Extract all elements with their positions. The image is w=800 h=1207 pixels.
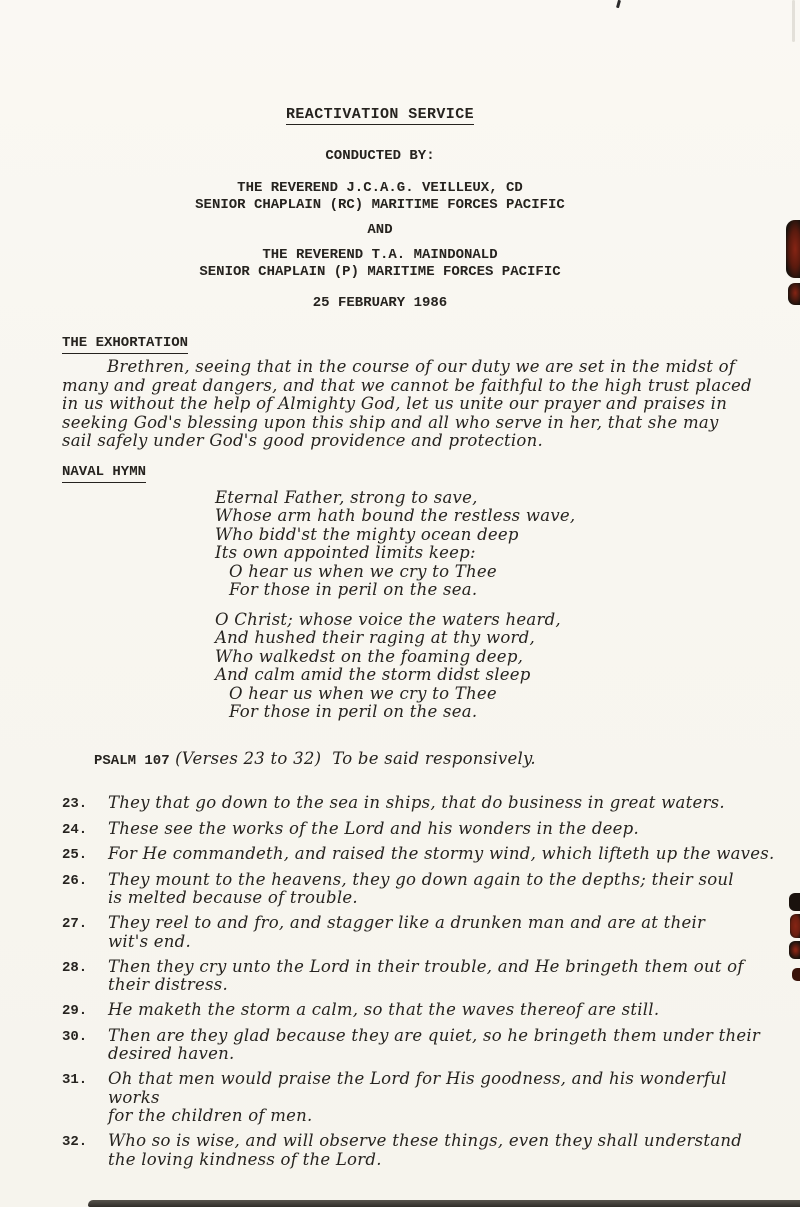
binding-mark-lower-fragment-3	[789, 941, 800, 959]
psalm-verse-text: Oh that men would praise the Lord for Hi…	[108, 1070, 780, 1126]
scanned-service-program-page: REACTIVATION SERVICE CONDUCTED BY: THE R…	[0, 0, 800, 1207]
psalm-verse: 26. They mount to the heavens, they go d…	[62, 871, 764, 908]
psalm-verse: 31. Oh that men would praise the Lord fo…	[62, 1070, 764, 1126]
psalm-verse: 30. Then are they glad because they are …	[62, 1027, 764, 1064]
psalm-verse-text: Who so is wise, and will observe these t…	[108, 1132, 742, 1169]
conducted-by-label: CONDUCTED BY:	[0, 148, 760, 165]
hymn-verse-1: Eternal Father, strong to save, Whose ar…	[215, 489, 764, 600]
psalm-verse-text: They reel to and fro, and stagger like a…	[108, 914, 705, 951]
psalm-verse: 23. They that go down to the sea in ship…	[62, 794, 764, 813]
naval-hymn-heading: NAVAL HYMN	[62, 464, 146, 483]
binding-mark-lower-fragment-4	[792, 968, 800, 981]
psalm-verse-text: For He commandeth, and raised the stormy…	[108, 845, 774, 864]
hymn-verses: Eternal Father, strong to save, Whose ar…	[215, 489, 764, 722]
psalm-verse: 29. He maketh the storm a calm, so that …	[62, 1001, 764, 1020]
hymn-refrain-line: For those in peril on the sea.	[215, 703, 764, 722]
psalm-verse: 24. These see the works of the Lord and …	[62, 820, 764, 839]
chaplain2-block: THE REVEREND T.A. MAINDONALD SENIOR CHAP…	[0, 247, 760, 281]
psalm-verse-list: 23. They that go down to the sea in ship…	[62, 794, 764, 1169]
service-header: REACTIVATION SERVICE CONDUCTED BY: THE R…	[0, 0, 760, 312]
psalm-verse-number: 27.	[62, 914, 108, 933]
psalm-verse: 28. Then they cry unto the Lord in their…	[62, 958, 764, 995]
hymn-verse-2: O Christ; whose voice the waters heard, …	[215, 611, 764, 722]
hymn-line: Who walkedst on the foaming deep,	[215, 648, 764, 667]
hymn-line: Whose arm hath bound the restless wave,	[215, 507, 764, 526]
chaplain1-block: THE REVEREND J.C.A.G. VEILLEUX, CD SENIO…	[0, 180, 760, 214]
psalm-verse-number: 24.	[62, 820, 108, 839]
psalm-verse: 25. For He commandeth, and raised the st…	[62, 845, 764, 864]
psalm-verse-text: Then they cry unto the Lord in their tro…	[108, 958, 744, 995]
document-body: THE EXHORTATION Brethren, seeing that in…	[0, 312, 800, 1169]
page-bottom-scan-edge	[88, 1200, 800, 1207]
psalm-verse: 27. They reel to and fro, and stagger li…	[62, 914, 764, 951]
psalm-verse-number: 30.	[62, 1027, 108, 1046]
hymn-line: And calm amid the storm didst sleep	[215, 666, 764, 685]
hymn-refrain-line: O hear us when we cry to Thee	[215, 563, 764, 582]
psalm-heading-number: PSALM 107	[94, 753, 170, 769]
psalm-verse-number: 29.	[62, 1001, 108, 1020]
service-date: 25 FEBRUARY 1986	[0, 295, 760, 312]
hymn-line: Eternal Father, strong to save,	[215, 489, 764, 508]
psalm-verse-text: These see the works of the Lord and his …	[108, 820, 639, 839]
psalm-verse-text: He maketh the storm a calm, so that the …	[108, 1001, 659, 1020]
binding-mark-lower-fragment-2	[790, 914, 800, 938]
hymn-refrain-line: O hear us when we cry to Thee	[215, 685, 764, 704]
chaplain2-title: SENIOR CHAPLAIN (P) MARITIME FORCES PACI…	[0, 264, 760, 281]
hymn-line: Its own appointed limits keep:	[215, 544, 764, 563]
psalm-section: PSALM 107 (Verses 23 to 32) To be said r…	[62, 732, 764, 1170]
page-title: REACTIVATION SERVICE	[286, 106, 474, 125]
psalm-verse-number: 32.	[62, 1132, 108, 1151]
psalm-verse-text: They that go down to the sea in ships, t…	[108, 794, 725, 813]
naval-hymn-section: NAVAL HYMN Eternal Father, strong to sav…	[62, 451, 764, 722]
binding-mark-lower-fragment-1	[789, 893, 800, 911]
exhortation-heading: THE EXHORTATION	[62, 335, 188, 354]
psalm-verse-text: They mount to the heavens, they go down …	[108, 871, 734, 908]
psalm-heading-note: (Verses 23 to 32) To be said responsivel…	[170, 749, 536, 768]
psalm-verse: 32. Who so is wise, and will observe the…	[62, 1132, 764, 1169]
exhortation-section: THE EXHORTATION Brethren, seeing that in…	[62, 312, 764, 451]
and-label: AND	[0, 222, 760, 239]
chaplain1-name: THE REVEREND J.C.A.G. VEILLEUX, CD	[0, 180, 760, 197]
hymn-line: And hushed their raging at thy word,	[215, 629, 764, 648]
scan-edge-smudge	[792, 0, 795, 42]
hymn-line: O Christ; whose voice the waters heard,	[215, 611, 764, 630]
psalm-verse-number: 28.	[62, 958, 108, 977]
psalm-verse-number: 23.	[62, 794, 108, 813]
binding-mark-upper	[786, 220, 800, 278]
binding-mark-upper-fragment	[788, 283, 800, 305]
hymn-line: Who bidd'st the mighty ocean deep	[215, 526, 764, 545]
psalm-verse-number: 25.	[62, 845, 108, 864]
psalm-verse-number: 26.	[62, 871, 108, 890]
chaplain1-title: SENIOR CHAPLAIN (RC) MARITIME FORCES PAC…	[0, 197, 760, 214]
psalm-verse-text: Then are they glad because they are quie…	[108, 1027, 760, 1064]
exhortation-text: Brethren, seeing that in the course of o…	[62, 358, 768, 451]
title-row: REACTIVATION SERVICE	[0, 106, 760, 123]
chaplain2-name: THE REVEREND T.A. MAINDONALD	[0, 247, 760, 264]
hymn-refrain-line: For those in peril on the sea.	[215, 581, 764, 600]
psalm-heading: PSALM 107 (Verses 23 to 32) To be said r…	[62, 732, 764, 788]
psalm-verse-number: 31.	[62, 1070, 108, 1089]
